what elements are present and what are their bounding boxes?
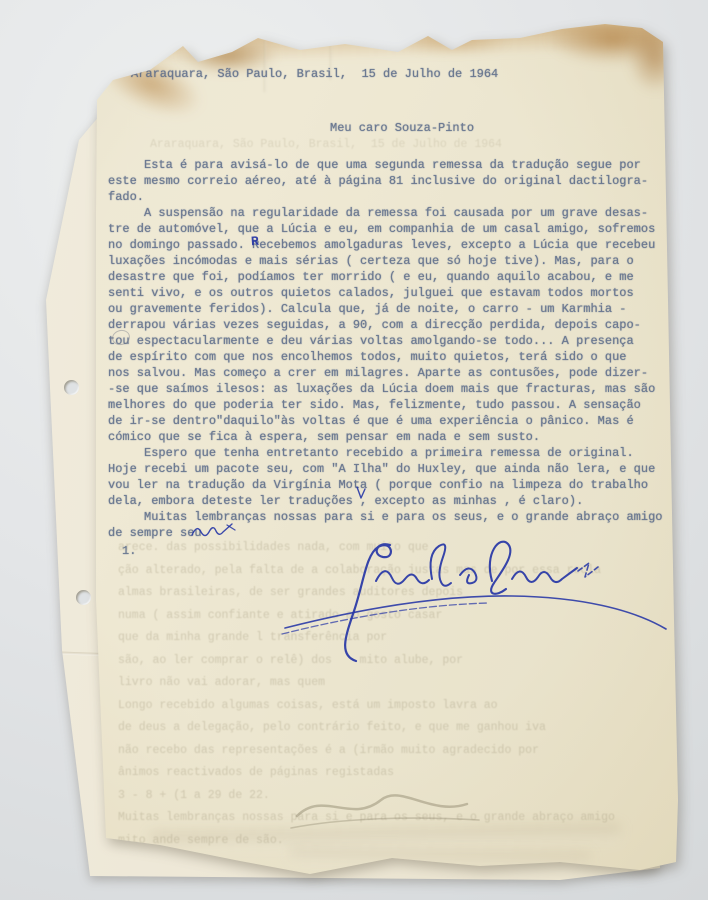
footnote-marker: 1. (122, 543, 136, 559)
text-line: desastre que foi, podíamos ter morrido (… (108, 269, 655, 285)
text-line: Hoje recebi um pacote seu, com "A Ilha" … (108, 461, 655, 477)
pen-handwritten-word (189, 518, 241, 542)
pen-insert-mark (355, 485, 367, 501)
text-line: cómico que se fica à espera, sem pensar … (108, 429, 655, 445)
text-line: de deus a delegação, pelo contrário feit… (118, 717, 615, 740)
dateline: Araraquara, São Paulo, Brasil, 15 de Jul… (131, 66, 498, 82)
text-line: no domingo passado. Recebemos amolgadura… (108, 237, 655, 253)
paragraph-3: Espero que tenha entretanto recebido a p… (108, 445, 655, 509)
text-line: derrapou várias vezes seguidas, a 90, co… (108, 317, 655, 333)
text-line: livro não vai adorar, mas quem (118, 672, 615, 695)
text-line: não recebo das representações é a (irmão… (118, 740, 615, 763)
paragraph-2: A suspensão na regularidade da remessa f… (108, 205, 655, 445)
text-line: senti vivo, e os outros quietos calados,… (108, 285, 655, 301)
text-line: de ir-se dentro"daquilo"às voltas é que … (108, 413, 655, 429)
text-line: dela, embora deteste ler traduções , exc… (108, 493, 655, 509)
letter-sheet: Araraquara, São Paulo, Brasil, 15 de Jul… (0, 0, 708, 900)
torn-edge-stain (400, 28, 510, 54)
text-line: vou ler na tradução da Virgínia Mota ( p… (108, 477, 655, 493)
paragraph-1: Esta é para avisá-lo de que uma segunda … (108, 157, 648, 205)
front-sheet-shadow: Araraquara, São Paulo, Brasil, 15 de Jul… (0, 0, 708, 900)
text-line: nos salvou. Mas começo a crer em milagre… (108, 365, 655, 381)
text-line: tou espectacularmente e deu várias volta… (108, 333, 655, 349)
text-line: de espírito com que nos encolhemos todos… (108, 349, 655, 365)
ghost-dateline: Araraquara, São Paulo, Brasil, 15 de Jul… (150, 134, 502, 157)
salutation: Meu caro Souza-Pinto (330, 120, 474, 136)
text-line: A suspensão na regularidade da remessa f… (108, 205, 655, 221)
torn-edge-stain (628, 22, 682, 92)
text-line: Esta é para avisá-lo de que uma segunda … (108, 157, 648, 173)
text-line: luxações incómodas e mais sérias ( certe… (108, 253, 655, 269)
signature-scribble (280, 533, 675, 673)
text-line: tre de automóvel, que a Lúcia e eu, em c… (108, 221, 655, 237)
pen-overwritten-letter: R (250, 234, 259, 250)
photo-of-letter: Araraquara, São Paulo, Brasil, 15 de Jul… (0, 0, 708, 900)
text-line: Espero que tenha entretanto recebido a p… (108, 445, 655, 461)
text-line: este mesmo correio aéreo, até à página 8… (108, 173, 648, 189)
text-line: -se que saímos ilesos: as luxações da Lú… (108, 381, 655, 397)
text-line: ou gravemente feridos). Calcula que, já … (108, 301, 655, 317)
text-line: Longo recebido algumas coisas, está um i… (118, 695, 615, 718)
text-line: fado. (108, 189, 648, 205)
ghost-signature-scribble (285, 772, 485, 838)
text-line: melhores do que poderia ter sido. Mas, f… (108, 397, 655, 413)
